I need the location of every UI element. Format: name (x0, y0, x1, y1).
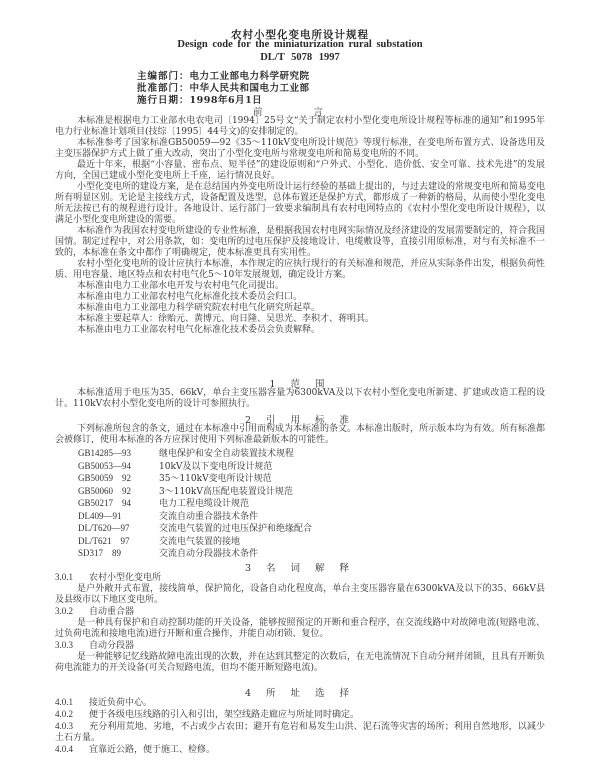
ref-name: 交流电气装置的接地 (159, 537, 240, 547)
clause-text: 充分利用荒地、劣地，不占或少占农田；避开有危岩和易发生山洪、泥石流等灾害的场所；… (55, 722, 545, 743)
clause-number: 4.0.1 (55, 697, 89, 708)
title-english: Design code for the miniaturization rura… (0, 39, 600, 50)
ref-name: 3～110kV高压配电装置设计规范 (159, 487, 293, 497)
clause-number: 4.0.3 (55, 721, 89, 732)
ref-name: 交流自动重合器技术条件 (159, 512, 258, 522)
paragraph: 本标准作为我国农村变电所建设的专业性标准，是根据我国农村电网实际情况及经济建设的… (55, 226, 545, 259)
foreword-body: 本标准是根据电力工业部水电农电司〔1994〕25号文“关于制定农村小型化变电所设… (55, 116, 545, 336)
reference-item: GB50060 923～110kV高压配电装置设计规范 (78, 486, 548, 499)
term-number: 3.0.2 (55, 606, 89, 617)
reference-item: DL/T621 97交流电气装置的接地 (78, 536, 548, 549)
paragraph: 下列标准所包含的条文，通过在本标准中引用而构成为本标准的条文。本标准出版时，所示… (55, 424, 545, 446)
term-definition: 是一种能够记忆线路故障电流出现的次数，并在达到其整定的次数后，在无电流情况下自动… (55, 652, 545, 674)
paragraph: 本标准主要起草人：徐贻元、黄博元、向日隆、吴思光、李积才、蒋明其。 (55, 314, 545, 325)
clause-item: 4.0.1接近负荷中心。 (55, 697, 545, 709)
section-3-body: 3.0.1农村小型化变电所 是户外敞开式布置，接线简单，保护简化，设备自动化程度… (55, 572, 545, 674)
term-heading: 3.0.3自动分段器 (55, 640, 545, 652)
clause-item: 4.0.3充分利用荒地、劣地，不占或少占农田；避开有危岩和易发生山洪、泥石流等灾… (55, 721, 545, 744)
ref-code: DL/T620—97 (78, 523, 153, 535)
ref-name: 交流自动分段器技术条件 (159, 549, 258, 559)
paragraph: 本标准由电力工业部农村电气化标准化技术委员会负责解释。 (55, 325, 545, 336)
term-definition: 是户外敞开式布置，接线简单，保护简化，设备自动化程度高，单台主变压器容量在630… (55, 584, 545, 606)
term-heading: 3.0.1农村小型化变电所 (55, 572, 545, 584)
term-number: 3.0.3 (55, 640, 89, 651)
clause-text: 宜靠近公路，便于施工、检修。 (89, 745, 215, 755)
term-number: 3.0.1 (55, 572, 89, 583)
paragraph: 本标准由电力工业部水电开发与农村电气化司提出。 (55, 281, 545, 292)
ref-name: 电力工程电缆设计规范 (159, 499, 249, 509)
clause-item: 4.0.4宜靠近公路，便于施工、检修。 (55, 744, 545, 756)
ref-code: DL409—91 (78, 511, 153, 523)
reference-item: GB50059 9235～110kV变电所设计规范 (78, 473, 548, 486)
standard-code: DL/T 5078 1997 (0, 52, 600, 63)
clause-number: 4.0.4 (55, 744, 89, 755)
paragraph: 农村小型化变电所的设计应执行本标准，本作规定的应执行现行的有关标准和规范，并应从… (55, 259, 545, 281)
ref-code: DL/T621 97 (78, 536, 153, 548)
ref-code: GB50053—94 (78, 461, 153, 473)
reference-item: GB50053—9410kV及以下变电所设计规范 (78, 461, 548, 474)
clause-number: 4.0.2 (55, 709, 89, 720)
term-definition: 是一种具有保护和自动控制功能的开关设备，能够按照预定的开断和重合程序，在交流线路… (55, 618, 545, 640)
ref-code: GB14285—93 (78, 448, 153, 460)
clause-item: 4.0.2便于各级电压线路的引入和引出，架空线路走廊应与所址同时确定。 (55, 709, 545, 721)
ref-code: GB50059 92 (78, 473, 153, 485)
paragraph: 本标准适用于电压为35、66kV，单台主变压器容量为6300kVA及以下农村小型… (55, 388, 545, 410)
clause-text: 便于各级电压线路的引入和引出，架空线路走廊应与所址同时确定。 (89, 710, 359, 720)
section-2-body: 下列标准所包含的条文，通过在本标准中引用而构成为本标准的条文。本标准出版时，所示… (55, 424, 545, 446)
paragraph: 小型化变电所的建设方案，是在总结国内外变电所设计运行经验的基础上提出的，与过去建… (55, 182, 545, 226)
ref-name: 交流电气装置的过电压保护和绝缘配合 (159, 524, 312, 534)
paragraph: 本标准参考了国家标准GB50059—92《35～110kV变电所设计规范》等现行… (55, 138, 545, 160)
paragraph: 本标准由电力工业部电力科学研究院农村电气化研究所起草。 (55, 303, 545, 314)
reference-item: SD317 89交流自动分段器技术条件 (78, 548, 548, 561)
ref-name: 继电保护和安全自动装置技术规程 (159, 449, 294, 459)
clause-text: 接近负荷中心。 (89, 698, 152, 708)
section-4-body: 4.0.1接近负荷中心。 4.0.2便于各级电压线路的引入和引出，架空线路走廊应… (55, 697, 545, 756)
ref-name: 35～110kV变电所设计规范 (159, 474, 272, 484)
paragraph: 最近十年来，根据“小容量、密布点、短半径”的建设原则和“户外式、小型化、造价低、… (55, 160, 545, 182)
ref-name: 10kV及以下变电所设计规范 (159, 462, 272, 472)
term-name: 自动重合器 (89, 607, 134, 617)
reference-item: DL/T620—97交流电气装置的过电压保护和绝缘配合 (78, 523, 548, 536)
paragraph: 本标准是根据电力工业部水电农电司〔1994〕25号文“关于制定农村小型化变电所设… (55, 116, 545, 138)
reference-list: GB14285—93继电保护和安全自动装置技术规程 GB50053—9410kV… (78, 448, 548, 561)
reference-item: GB14285—93继电保护和安全自动装置技术规程 (78, 448, 548, 461)
document-page: 农村小型化变电所设计规程 Design code for the miniatu… (0, 0, 600, 767)
ref-code: GB50060 92 (78, 486, 153, 498)
term-name: 自动分段器 (89, 641, 134, 651)
reference-item: GB50217 94电力工程电缆设计规范 (78, 498, 548, 511)
paragraph: 本标准由电力工业部农村电气化标准化技术委员会归口。 (55, 292, 545, 303)
term-name: 农村小型化变电所 (89, 573, 161, 583)
term-heading: 3.0.2自动重合器 (55, 606, 545, 618)
section-1-body: 本标准适用于电压为35、66kV，单台主变压器容量为6300kVA及以下农村小型… (55, 388, 545, 410)
ref-code: SD317 89 (78, 548, 153, 560)
reference-item: DL409—91交流自动重合器技术条件 (78, 511, 548, 524)
ref-code: GB50217 94 (78, 498, 153, 510)
